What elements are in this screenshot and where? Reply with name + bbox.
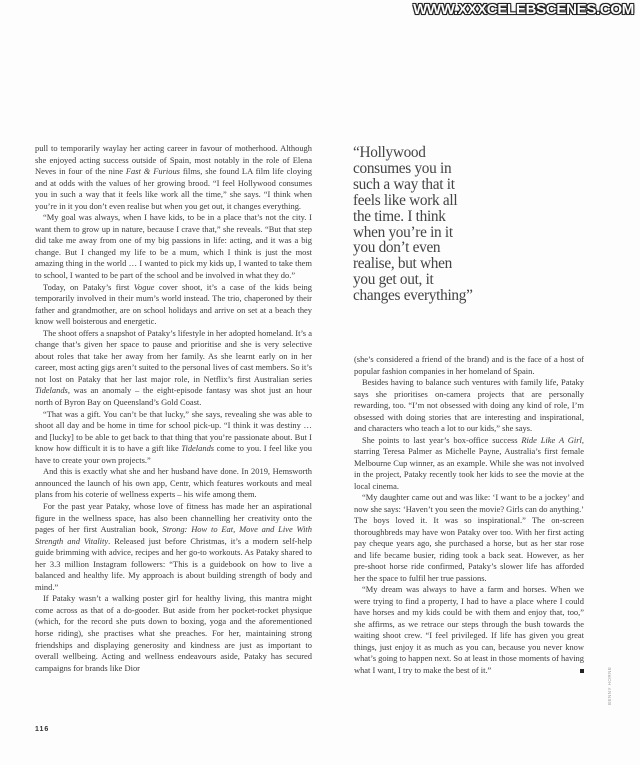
page-number: 116 bbox=[35, 726, 49, 733]
paragraph: “That was a gift. You can’t be that luck… bbox=[35, 409, 312, 467]
paragraph: She points to last year’s box-office suc… bbox=[354, 435, 584, 493]
paragraph: pull to temporarily waylay her acting ca… bbox=[35, 143, 312, 212]
paragraph: For the past year Pataky, whose love of … bbox=[35, 501, 312, 593]
paragraph: “My daughter came out and was like: ‘I w… bbox=[354, 492, 584, 584]
paragraph: The shoot offers a snapshot of Pataky’s … bbox=[35, 328, 312, 409]
paragraph: And this is exactly what she and her hus… bbox=[35, 466, 312, 501]
paragraph: (she’s considered a friend of the brand)… bbox=[354, 354, 584, 377]
end-of-article-square-icon bbox=[580, 669, 584, 673]
watermark: WWW.XXXCELEBSCENES.COM bbox=[413, 1, 634, 18]
article-right-column: (she’s considered a friend of the brand)… bbox=[354, 354, 584, 676]
pull-quote: “Hollywood consumes you in such a way th… bbox=[353, 145, 473, 304]
photo-credit: BENNY HORNE bbox=[607, 667, 612, 705]
paragraph: “My dream was always to have a farm and … bbox=[354, 584, 584, 676]
paragraph: “My goal was always, when I have kids, t… bbox=[35, 212, 312, 281]
paragraph: If Pataky wasn’t a walking poster girl f… bbox=[35, 593, 312, 674]
article-left-column: pull to temporarily waylay her acting ca… bbox=[35, 143, 312, 674]
paragraph: Besides having to balance such ventures … bbox=[354, 377, 584, 435]
paragraph: Today, on Pataky’s first Vogue cover sho… bbox=[35, 282, 312, 328]
